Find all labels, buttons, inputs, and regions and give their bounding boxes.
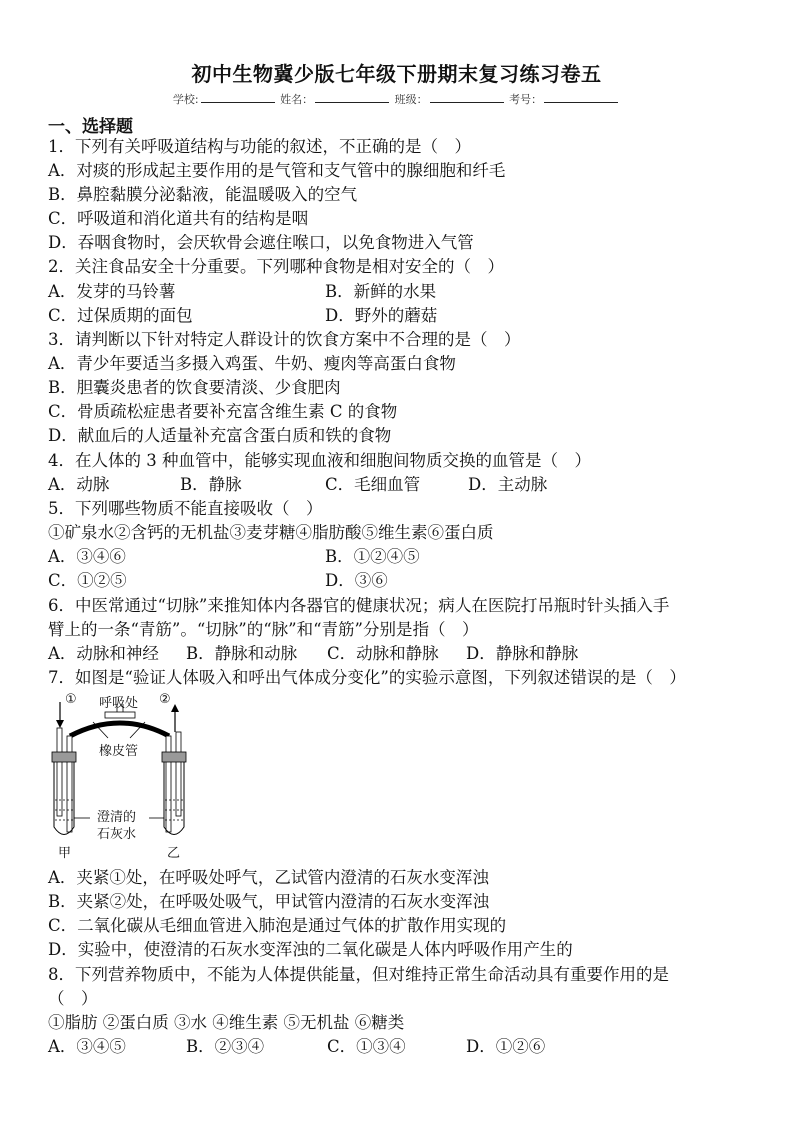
question-1-option-d: D．吞咽食物时，会厌软骨会遮住喉口，以免食物进入气管 — [48, 233, 474, 253]
question-8-option-b: B．②③④ — [186, 1037, 264, 1057]
question-5-option-c: C．①②⑤ — [48, 571, 127, 591]
question-8-option-d: D．①②⑥ — [466, 1037, 545, 1057]
question-8-option-c: C．①③④ — [327, 1037, 406, 1057]
tube-yi-label: 乙 — [167, 842, 180, 861]
question-8-stem-line-1: 8．下列营养物质中，不能为人体提供能量，但对维持正常生命活动具有重要作用的是 — [48, 965, 669, 985]
question-7-stem: 7．如图是“验证人体吸入和呼出气体成分变化”的实验示意图，下列叙述错误的是（ ） — [48, 668, 686, 688]
question-5-option-a: A．③④⑥ — [48, 547, 126, 567]
exam-number-label: 考号： — [509, 93, 542, 106]
question-2-option-a: A．发芽的马铃薯 — [48, 282, 175, 302]
name-blank — [315, 92, 389, 103]
question-4-option-c: C．毛细血管 — [325, 475, 420, 495]
question-5-option-b: B．①②④⑤ — [325, 547, 420, 567]
question-6-option-a: A．动脉和神经 — [48, 644, 159, 664]
class-label: 班级： — [395, 93, 428, 106]
question-5-items: ①矿泉水②含钙的无机盐③麦芽糖④脂肪酸⑤维生素⑥蛋白质 — [48, 523, 494, 543]
question-1-option-c: C．呼吸道和消化道共有的结构是咽 — [48, 209, 308, 229]
question-5-option-d: D．③⑥ — [325, 571, 388, 591]
limewater-label-2: 石灰水 — [97, 823, 136, 842]
student-info-line: 学校: 姓名： 班级： 考号： — [0, 91, 793, 107]
breath-point-label: 呼吸处 — [99, 692, 138, 711]
question-5-stem: 5．下列哪些物质不能直接吸收（ ） — [48, 499, 323, 519]
marker-2-label: ② — [159, 692, 171, 707]
question-4-option-a: A．动脉 — [48, 475, 109, 495]
school-blank — [201, 92, 275, 103]
question-6-stem-line-1: 6．中医常通过“切脉”来推知体内各器官的健康状况；病人在医院打吊瓶时针头插入手 — [48, 596, 669, 616]
question-8-items: ①脂肪 ②蛋白质 ③水 ④维生素 ⑤无机盐 ⑥糖类 — [48, 1013, 404, 1033]
question-8-option-a: A．③④⑤ — [48, 1037, 126, 1057]
question-3-stem: 3．请判断以下针对特定人群设计的饮食方案中不合理的是（ ） — [48, 330, 521, 350]
page-title: 初中生物冀少版七年级下册期末复习练习卷五 — [0, 58, 793, 87]
question-3-option-c: C．骨质疏松症患者要补充富含维生素 C 的食物 — [48, 402, 397, 422]
question-4-option-b: B．静脉 — [180, 475, 242, 495]
question-7-option-d: D．实验中，使澄清的石灰水变浑浊的二氧化碳是人体内呼吸作用产生的 — [48, 940, 573, 960]
exam-number-blank — [544, 92, 618, 103]
marker-1-label: ① — [65, 692, 77, 707]
question-4-option-d: D．主动脉 — [468, 475, 547, 495]
class-blank — [430, 92, 504, 103]
question-4-stem: 4．在人体的 3 种血管中，能够实现血液和细胞间物质交换的血管是（ ） — [48, 451, 591, 471]
question-7-option-c: C．二氧化碳从毛细血管进入肺泡是通过气体的扩散作用实现的 — [48, 916, 506, 936]
question-7-option-b: B．夹紧②处，在呼吸处吸气，甲试管内澄清的石灰水变浑浊 — [48, 892, 489, 912]
section-heading: 一、选择题 — [48, 112, 133, 137]
question-2-option-b: B．新鲜的水果 — [325, 282, 436, 302]
question-3-option-b: B．胆囊炎患者的饮食要清淡、少食肥肉 — [48, 378, 341, 398]
rubber-tube-label: 橡皮管 — [99, 740, 138, 759]
question-2-stem: 2．关注食品安全十分重要。下列哪种食物是相对安全的（ ） — [48, 257, 504, 277]
question-1-option-a: A．对痰的形成起主要作用的是气管和支气管中的腺细胞和纤毛 — [48, 161, 505, 181]
question-6-option-c: C．动脉和静脉 — [327, 644, 439, 664]
question-3-option-a: A．青少年要适当多摄入鸡蛋、牛奶、瘦肉等高蛋白食物 — [48, 354, 456, 374]
experiment-diagram: ① ② 呼吸处 橡皮管 澄清的 石灰水 甲 乙 — [45, 692, 195, 860]
school-label: 学校: — [173, 93, 199, 106]
question-1-option-b: B．鼻腔黏膜分泌黏液，能温暖吸入的空气 — [48, 185, 357, 205]
tube-jia-label: 甲 — [58, 842, 71, 861]
question-2-option-c: C．过保质期的面包 — [48, 306, 193, 326]
question-3-option-d: D．献血后的人适量补充富含蛋白质和铁的食物 — [48, 426, 391, 446]
question-6-stem-line-2: 臂上的一条“青筋”。“切脉”的“脉”和“青筋”分别是指（ ） — [48, 620, 478, 640]
question-6-option-d: D．静脉和静脉 — [466, 644, 578, 664]
question-6-option-b: B．静脉和动脉 — [186, 644, 297, 664]
name-label: 姓名： — [280, 93, 313, 106]
question-7-option-a: A．夹紧①处，在呼吸处呼气，乙试管内澄清的石灰水变浑浊 — [48, 868, 489, 888]
question-2-option-d: D．野外的蘑菇 — [325, 306, 437, 326]
question-1-stem: 1．下列有关呼吸道结构与功能的叙述，不正确的是（ ） — [48, 137, 471, 157]
question-8-stem-line-2: （ ） — [48, 989, 98, 1009]
